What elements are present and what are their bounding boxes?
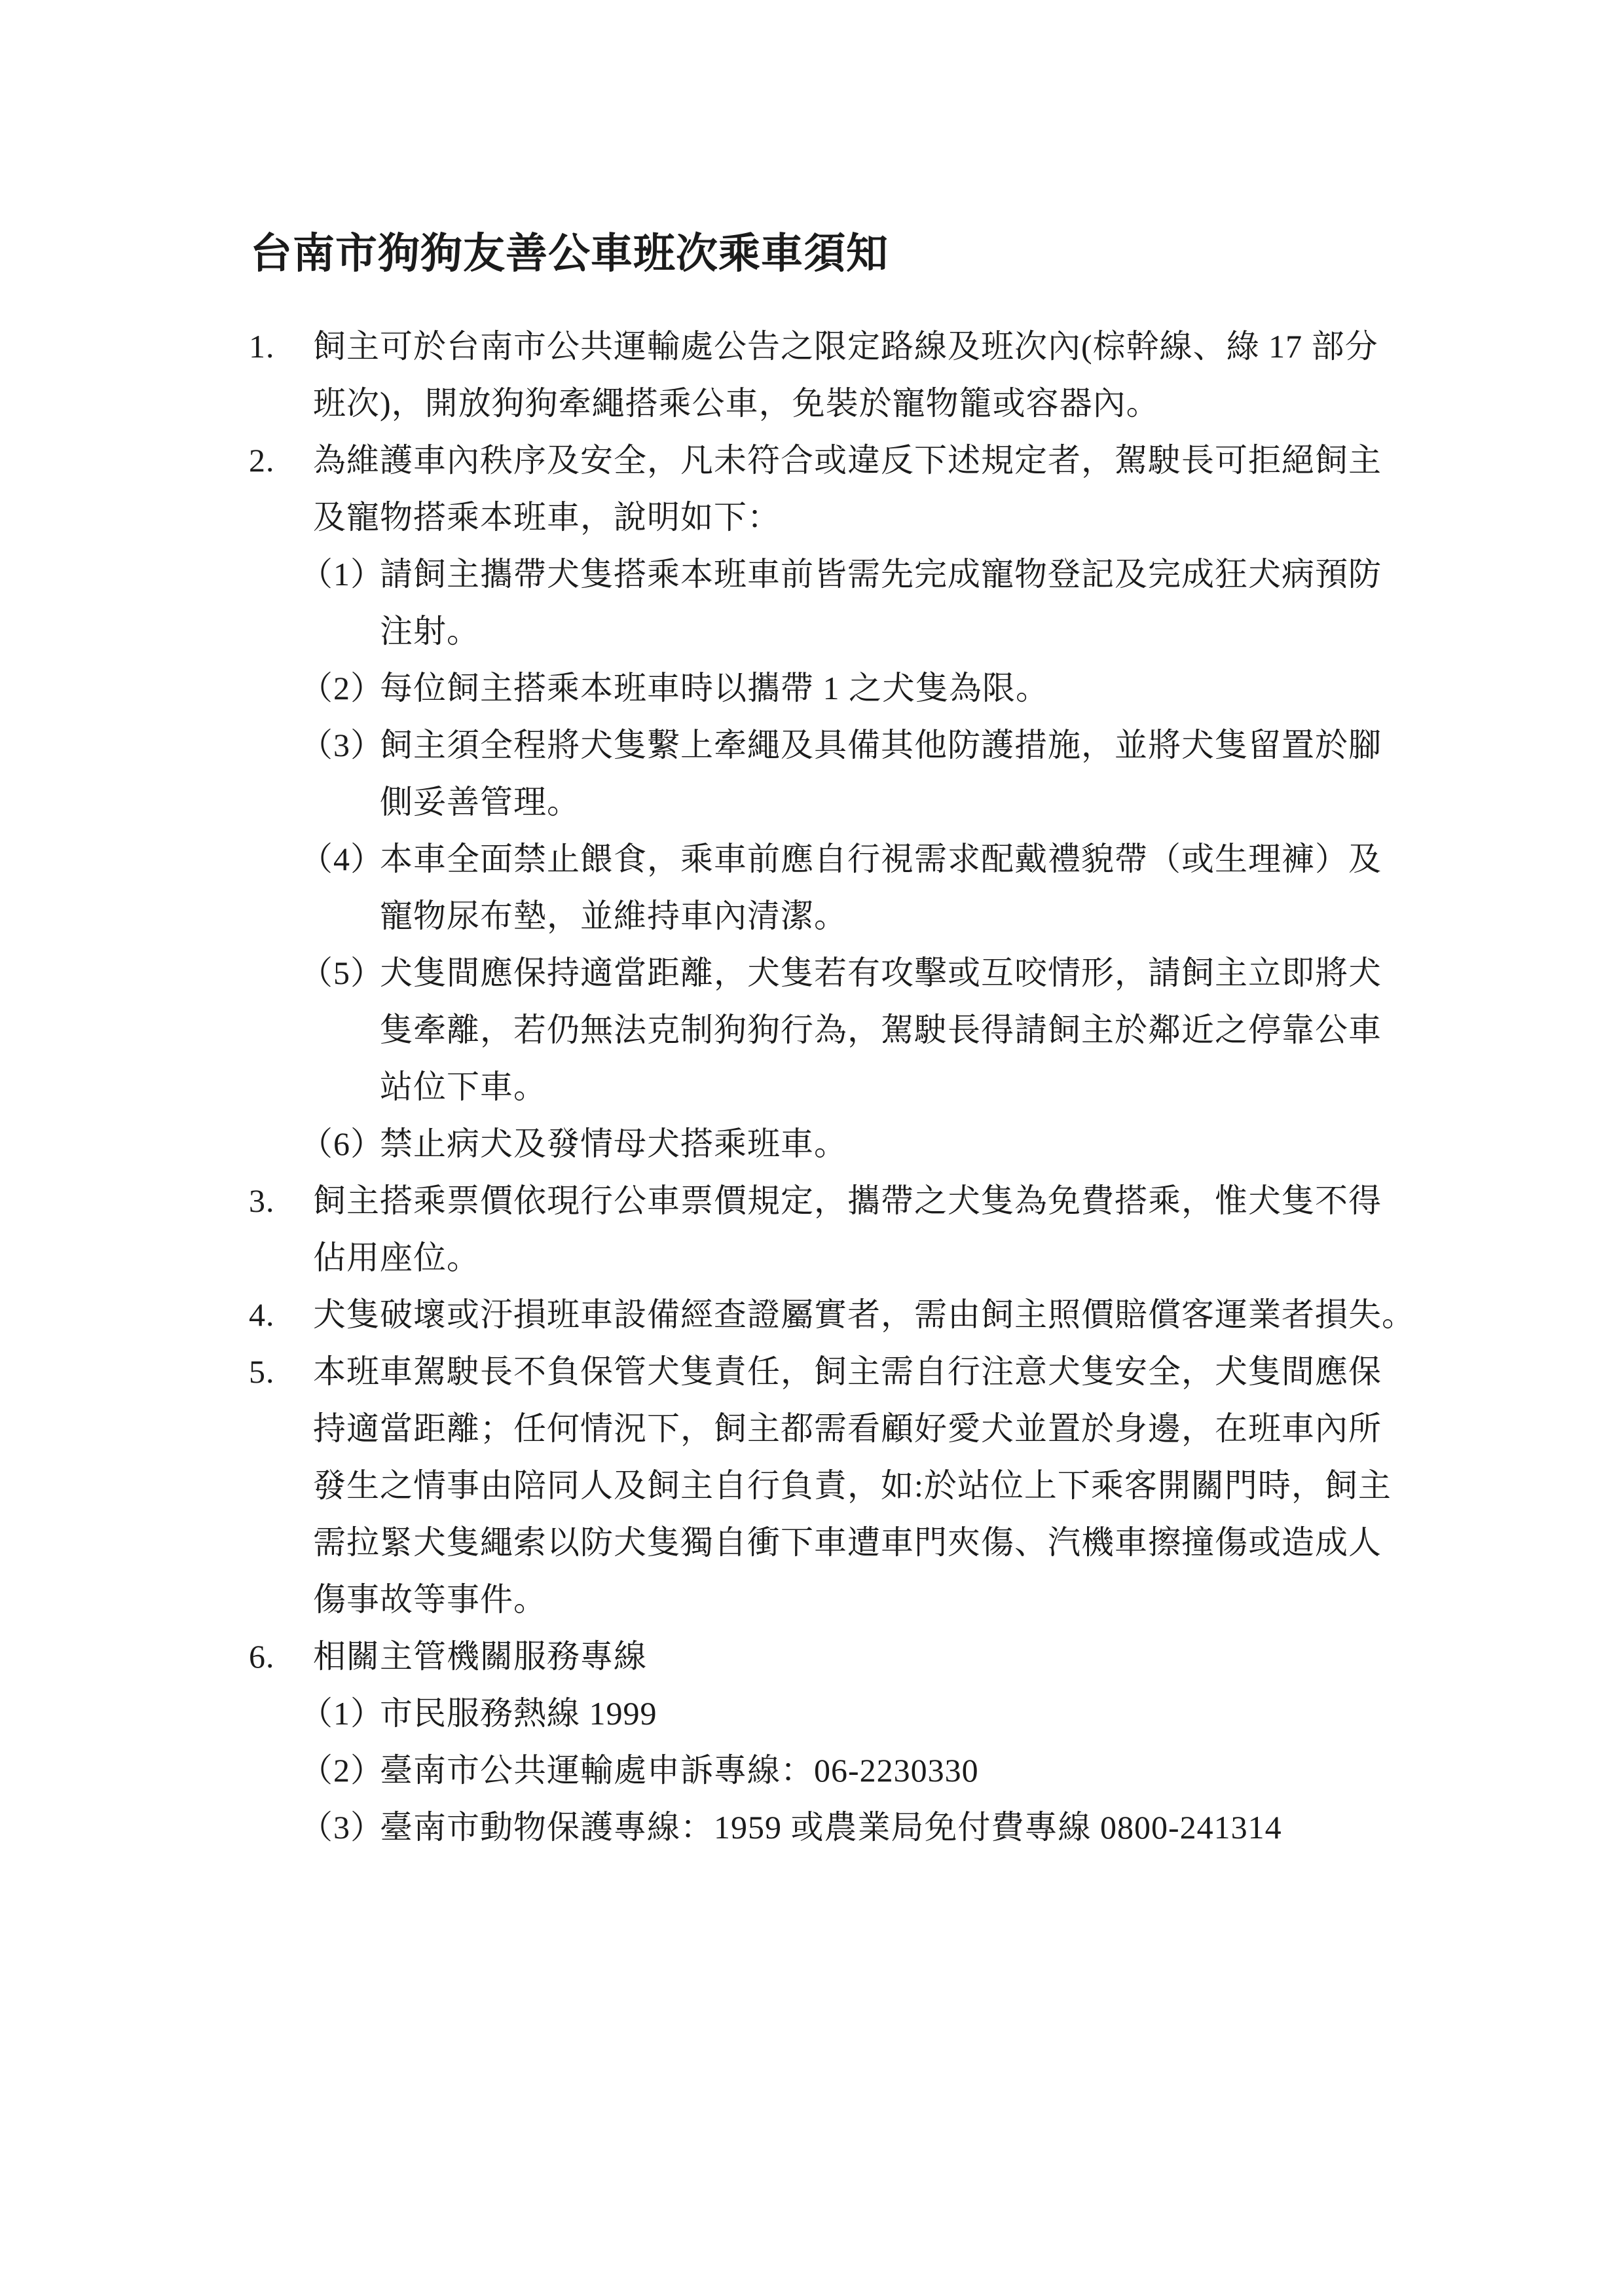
sub-item-text-line: 請飼主攜帶犬隻搭乘本班車前皆需先完成寵物登記及完成狂犬病預防	[380, 546, 1382, 603]
item-text-line: 佔用座位。	[313, 1230, 480, 1286]
list-item: 2. 為維護車內秩序及安全，凡未符合或違反下述規定者，駕駛長可拒絕飼主	[249, 432, 1428, 489]
item-text-line: 需拉緊犬隻繩索以防犬隻獨自衝下車遭車門夾傷、汽機車擦撞傷或造成人	[313, 1514, 1382, 1571]
sub-item-text-line: 寵物尿布墊，並維持車內清潔。	[380, 888, 847, 945]
sub-list-item: （3） 臺南市動物保護專線：1959 或農業局免付費專線 0800-241314	[249, 1799, 1428, 1856]
sub-item-text-line: 站位下車。	[380, 1059, 547, 1116]
list-item-continuation: 需拉緊犬隻繩索以防犬隻獨自衝下車遭車門夾傷、汽機車擦撞傷或造成人	[249, 1514, 1428, 1571]
list-item-continuation: 班次)，開放狗狗牽繩搭乘公車，免裝於寵物籠或容器內。	[249, 375, 1428, 432]
sub-list-item: （6） 禁止病犬及發情母犬搭乘班車。	[249, 1116, 1428, 1173]
sub-list-item: （5） 犬隻間應保持適當距離，犬隻若有攻擊或互咬情形，請飼主立即將犬	[249, 945, 1428, 1002]
sub-item-number: （1）	[300, 1685, 380, 1742]
item-text-line: 飼主可於台南市公共運輸處公告之限定路線及班次內(棕幹線、綠 17 部分	[313, 318, 1378, 375]
list-item-continuation: 傷事故等事件。	[249, 1571, 1428, 1628]
list-item: 3. 飼主搭乘票價依現行公車票價規定，攜帶之犬隻為免費搭乘，惟犬隻不得	[249, 1173, 1428, 1230]
sub-list-item-continuation: 隻牽離，若仍無法克制狗狗行為，駕駛長得請飼主於鄰近之停靠公車	[249, 1002, 1428, 1059]
item-number: 5.	[249, 1343, 313, 1400]
sub-list-item-continuation: 側妥善管理。	[249, 774, 1428, 831]
sub-list-item: （2） 每位飼主搭乘本班車時以攜帶 1 之犬隻為限。	[249, 660, 1428, 717]
list-item: 5. 本班車駕駛長不負保管犬隻責任，飼主需自行注意犬隻安全，犬隻間應保	[249, 1343, 1428, 1400]
item-text-line: 傷事故等事件。	[313, 1571, 547, 1628]
sub-list-item: （4） 本車全面禁止餵食，乘車前應自行視需求配戴禮貌帶（或生理褲）及	[249, 831, 1428, 888]
notice-body: 1. 飼主可於台南市公共運輸處公告之限定路線及班次內(棕幹線、綠 17 部分 班…	[249, 318, 1428, 1856]
item-text-line: 本班車駕駛長不負保管犬隻責任，飼主需自行注意犬隻安全，犬隻間應保	[313, 1343, 1382, 1400]
item-text-line: 犬隻破壞或汙損班車設備經查證屬實者，需由飼主照價賠償客運業者損失。	[313, 1286, 1415, 1343]
list-item-continuation: 持適當距離；任何情況下，飼主都需看顧好愛犬並置於身邊，在班車內所	[249, 1400, 1428, 1457]
sub-item-text-line: 臺南市動物保護專線：1959 或農業局免付費專線 0800-241314	[380, 1799, 1282, 1856]
list-item: 6. 相關主管機關服務專線	[249, 1628, 1428, 1685]
sub-item-number: （5）	[300, 945, 380, 1002]
sub-list-item: （2） 臺南市公共運輸處申訴專線：06-2230330	[249, 1742, 1428, 1799]
sub-item-text-line: 臺南市公共運輸處申訴專線：06-2230330	[380, 1742, 979, 1799]
item-text-line: 飼主搭乘票價依現行公車票價規定，攜帶之犬隻為免費搭乘，惟犬隻不得	[313, 1173, 1382, 1230]
page-title: 台南市狗狗友善公車班次乘車須知	[250, 220, 889, 280]
sub-item-text-line: 市民服務熱線 1999	[380, 1685, 657, 1742]
sub-item-text-line: 每位飼主搭乘本班車時以攜帶 1 之犬隻為限。	[380, 660, 1049, 717]
sub-list-item-continuation: 注射。	[249, 603, 1428, 660]
sub-list-item-continuation: 寵物尿布墊，並維持車內清潔。	[249, 888, 1428, 945]
sub-item-text-line: 側妥善管理。	[380, 774, 580, 831]
item-text-line: 發生之情事由陪同人及飼主自行負責，如:於站位上下乘客開關門時，飼主	[313, 1457, 1392, 1514]
sub-item-text-line: 犬隻間應保持適當距離，犬隻若有攻擊或互咬情形，請飼主立即將犬	[380, 945, 1382, 1002]
item-number: 1.	[249, 318, 313, 375]
sub-list-item: （3） 飼主須全程將犬隻繫上牽繩及具備其他防護措施，並將犬隻留置於腳	[249, 717, 1428, 774]
sub-item-text-line: 隻牽離，若仍無法克制狗狗行為，駕駛長得請飼主於鄰近之停靠公車	[380, 1002, 1382, 1059]
list-item-continuation: 佔用座位。	[249, 1230, 1428, 1286]
list-item: 4. 犬隻破壞或汙損班車設備經查證屬實者，需由飼主照價賠償客運業者損失。	[249, 1286, 1428, 1343]
item-text-line: 持適當距離；任何情況下，飼主都需看顧好愛犬並置於身邊，在班車內所	[313, 1400, 1382, 1457]
sub-item-text-line: 飼主須全程將犬隻繫上牽繩及具備其他防護措施，並將犬隻留置於腳	[380, 717, 1382, 774]
list-item-continuation: 發生之情事由陪同人及飼主自行負責，如:於站位上下乘客開關門時，飼主	[249, 1457, 1428, 1514]
list-item-continuation: 及寵物搭乘本班車，說明如下：	[249, 489, 1428, 546]
item-number: 4.	[249, 1286, 313, 1343]
sub-item-number: （1）	[300, 546, 380, 603]
item-number: 2.	[249, 432, 313, 489]
sub-item-number: （3）	[300, 1799, 380, 1856]
item-text-line: 為維護車內秩序及安全，凡未符合或違反下述規定者，駕駛長可拒絕飼主	[313, 432, 1382, 489]
item-number: 6.	[249, 1628, 313, 1685]
sub-list-item: （1） 市民服務熱線 1999	[249, 1685, 1428, 1742]
list-item: 1. 飼主可於台南市公共運輸處公告之限定路線及班次內(棕幹線、綠 17 部分	[249, 318, 1428, 375]
sub-item-text-line: 注射。	[380, 603, 480, 660]
item-text-line: 班次)，開放狗狗牽繩搭乘公車，免裝於寵物籠或容器內。	[313, 375, 1160, 432]
sub-item-number: （6）	[300, 1116, 380, 1173]
sub-item-number: （3）	[300, 717, 380, 774]
sub-item-text-line: 禁止病犬及發情母犬搭乘班車。	[380, 1116, 847, 1173]
sub-list-item-continuation: 站位下車。	[249, 1059, 1428, 1116]
item-text-line: 及寵物搭乘本班車，說明如下：	[313, 489, 781, 546]
sub-item-number: （4）	[300, 831, 380, 888]
sub-item-number: （2）	[300, 660, 380, 717]
sub-item-number: （2）	[300, 1742, 380, 1799]
item-text-line: 相關主管機關服務專線	[313, 1628, 647, 1685]
sub-item-text-line: 本車全面禁止餵食，乘車前應自行視需求配戴禮貌帶（或生理褲）及	[380, 831, 1382, 888]
item-number: 3.	[249, 1173, 313, 1230]
document-page: 台南市狗狗友善公車班次乘車須知 1. 飼主可於台南市公共運輸處公告之限定路線及班…	[0, 0, 1624, 2296]
sub-list-item: （1） 請飼主攜帶犬隻搭乘本班車前皆需先完成寵物登記及完成狂犬病預防	[249, 546, 1428, 603]
